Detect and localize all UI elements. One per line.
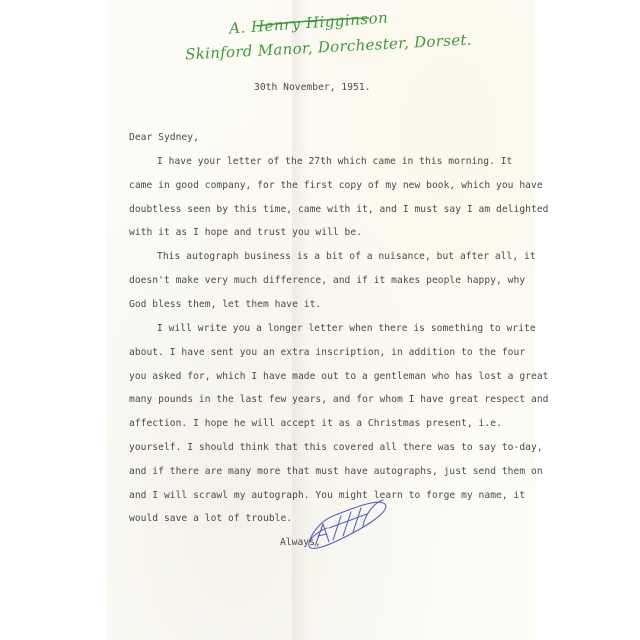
body-line: doesn't make very much difference, and i… [129, 275, 525, 286]
body-line: and if there are many more that must hav… [129, 466, 543, 477]
body-line: doubtless seen by this time, came with i… [129, 204, 548, 215]
body-line: yourself. I should think that this cover… [129, 442, 543, 453]
letter-date: 30th November, 1951. [254, 82, 371, 93]
body-line: many pounds in the last few years, and f… [129, 394, 548, 405]
body-line: This autograph business is a bit of a nu… [157, 251, 536, 262]
body-line: God bless them, let them have it. [129, 299, 321, 310]
letter-page: A. Henry Higginson Skinford Manor, Dorch… [107, 0, 535, 640]
body-line: came in good company, for the first copy… [129, 180, 543, 191]
body-line: with it as I hope and trust you will be. [129, 227, 362, 238]
salutation: Dear Sydney, [129, 132, 199, 143]
body-line: affection. I hope he will accept it as a… [129, 418, 502, 429]
body-line: you asked for, which I have made out to … [129, 371, 548, 382]
body-line: about. I have sent you an extra inscript… [129, 347, 525, 358]
signature-icon [303, 480, 393, 560]
body-line: I will write you a longer letter when th… [157, 323, 536, 334]
body-line: would save a lot of trouble. [129, 513, 292, 524]
body-line: I have your letter of the 27th which cam… [157, 156, 512, 167]
letterhead: A. Henry Higginson Skinford Manor, Dorch… [107, 12, 535, 72]
